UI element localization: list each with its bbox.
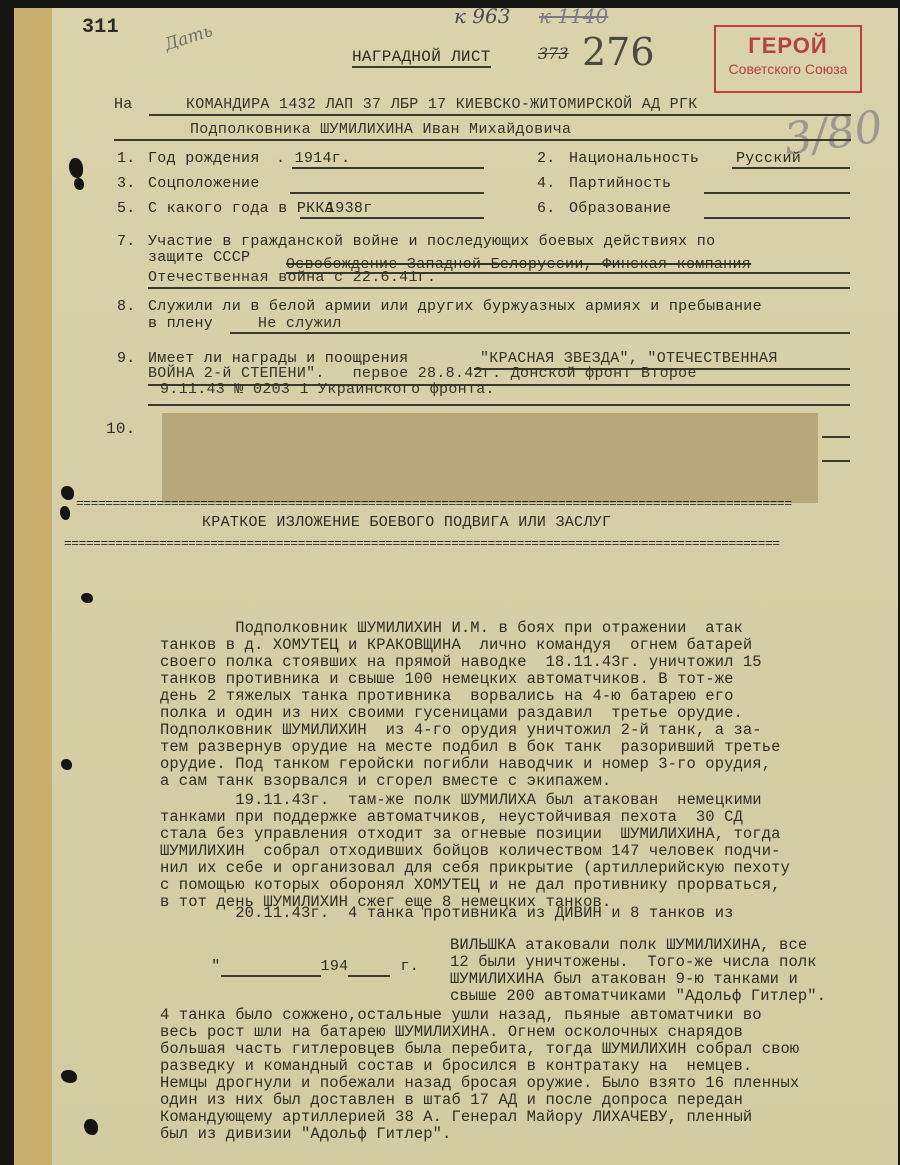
- recipient-rank-name: Подполковника ШУМИЛИХИНА Иван Михайдович…: [190, 121, 571, 138]
- field-3-num: 3.: [117, 175, 136, 192]
- underline: [732, 167, 850, 169]
- date-placeholder: " 194 г.: [174, 941, 419, 994]
- text-line: Подполковник ШУМИЛИХИН И.М. в боях при о…: [160, 619, 743, 637]
- page-title: НАГРАДНОЙ ЛИСТ: [352, 48, 491, 68]
- punch-hole: [61, 759, 72, 770]
- field-5-value: 1938г: [326, 200, 373, 217]
- recipient-position: КОМАНДИРА 1432 ЛАП 37 ЛБР 17 КИЕВСКО-ЖИТ…: [186, 96, 698, 113]
- field-6-label: Образование: [569, 200, 671, 217]
- item9-value-line3: 9.11.43 № 0203 1 Украинского фронта.: [160, 381, 495, 398]
- text-line: день 2 тяжелых танка противника ворвалис…: [160, 687, 734, 705]
- punch-hole: [69, 158, 83, 178]
- item10-num: 10.: [106, 420, 136, 438]
- narrative-p3-rest: 4 танка было сожжено,остальные ушли наза…: [160, 990, 799, 1143]
- divider-bottom: ========================================…: [64, 536, 886, 551]
- date-quote: ": [211, 958, 220, 975]
- field-2-value: Русский: [736, 150, 801, 167]
- sheet-number-crossed: 373: [538, 44, 569, 63]
- recipient-label: На: [114, 96, 133, 113]
- text-line: 12 были уничтожены. Того-же числа полк: [450, 953, 817, 971]
- text-line: разведку и командный состав и бросился в…: [160, 1057, 752, 1075]
- text-line: с помощью которых оборонял ХОМУТЕЦ и не …: [160, 876, 781, 894]
- punch-hole: [84, 1119, 98, 1135]
- text-line: был из дивизии "Адольф Гитлер".: [160, 1125, 451, 1143]
- field-1-value: . 1914г.: [276, 150, 350, 167]
- item8-label-line2: в плену: [148, 315, 213, 332]
- pencil-k-crossed: к 1140: [539, 8, 608, 28]
- text-line: весь рост шли на батарею ШУМИЛИХИНА. Огн…: [160, 1023, 743, 1041]
- punch-hole: [60, 506, 70, 520]
- text-line: один из них был доставлен в штаб 17 АД и…: [160, 1091, 743, 1109]
- underline: [148, 404, 850, 406]
- underline: [230, 332, 850, 334]
- date-year-prefix: 194: [321, 958, 349, 975]
- date-blank: [221, 958, 321, 977]
- field-2-label: Национальность: [569, 150, 699, 167]
- divider-top: ========================================…: [76, 496, 898, 511]
- text-line: Подполковник ШУМИЛИХИН из 4-го орудия ун…: [160, 721, 762, 739]
- underline: [300, 217, 484, 219]
- date-blank: [348, 958, 390, 977]
- field-4-label: Партийность: [569, 175, 671, 192]
- item8-value: Не служил: [258, 315, 342, 332]
- underline: [292, 167, 484, 169]
- text-line: ШУМИЛИХИН собрал отходивших бойцов колич…: [160, 842, 781, 860]
- text-line: тем развернув орудие на месте подбил в б…: [160, 738, 781, 756]
- text-line: танков противника и свыше 100 немецких а…: [160, 670, 734, 688]
- text-line: танков в д. ХОМУТЕЦ и КРАКОВЩИНА лично к…: [160, 636, 752, 654]
- field-6-num: 6.: [537, 200, 556, 217]
- underline: [822, 460, 850, 462]
- punch-hole: [74, 178, 84, 190]
- punch-hole: [81, 593, 93, 603]
- stamp-line2: Советского Союза: [716, 61, 860, 77]
- underline: [148, 287, 850, 289]
- stamp-line1: ГЕРОЙ: [716, 33, 860, 59]
- binding-strip: [14, 8, 53, 1165]
- text-line: Немцы дрогнули и побежали назад бросая о…: [160, 1074, 799, 1092]
- corner-number: 311: [82, 16, 119, 39]
- punch-hole: [61, 1070, 77, 1083]
- document-page: 311 Дать к 963 к 1140 НАГРАДНОЙ ЛИСТ 373…: [14, 8, 898, 1165]
- section-heading: КРАТКОЕ ИЗЛОЖЕНИЕ БОЕВОГО ПОДВИГА ИЛИ ЗА…: [202, 514, 611, 531]
- text-line: стала без управления отходит за огневые …: [160, 825, 781, 843]
- text-line: танками при поддержке автоматчиков, неус…: [160, 808, 743, 826]
- text-line: Командующему артиллерией 38 А. Генерал М…: [160, 1108, 752, 1126]
- item7-label-line1: Участие в гражданской войне и последующи…: [148, 233, 715, 250]
- text-line: нил их себе и организовал для себя прикр…: [160, 859, 790, 877]
- item8-label-line1: Служили ли в белой армии или других бурж…: [148, 298, 762, 315]
- field-1-num: 1.: [117, 150, 136, 167]
- underline: [704, 217, 850, 219]
- item7-value-line2: Отечественная война с 22.6.41г.: [148, 269, 436, 286]
- field-1-label: Год рождения: [148, 150, 260, 167]
- text-line: большая часть гитлеровцев была перебита,…: [160, 1040, 799, 1058]
- underline: [290, 192, 484, 194]
- narrative-p1: Подполковник ШУМИЛИХИН И.М. в боях при о…: [160, 603, 781, 790]
- text-line: 19.11.43г. там-же полк ШУМИЛИХА был атак…: [160, 791, 762, 809]
- item7-num: 7.: [117, 233, 136, 250]
- hero-stamp: ГЕРОЙ Советского Союза: [714, 25, 862, 93]
- punch-hole: [61, 486, 74, 500]
- item9-value-line2: ВОЙНА 2-й СТЕПЕНИ". первое 28.8.42г. Дон…: [148, 365, 697, 382]
- text-line: своего полка стоявших на прямой наводке …: [160, 653, 762, 671]
- underline: [149, 114, 851, 116]
- field-3-label: Соцположение: [148, 175, 260, 192]
- text-line: ВИЛЬШКА атаковали полк ШУМИЛИХИНА, все: [450, 936, 807, 954]
- item9-num: 9.: [117, 350, 136, 367]
- sheet-number: 276: [582, 30, 655, 74]
- underline: [114, 139, 851, 141]
- date-suffix: г.: [400, 958, 419, 975]
- underline: [822, 436, 850, 438]
- redaction-block: [162, 413, 818, 503]
- text-line: орудие. Под танком геройски погибли наво…: [160, 755, 771, 773]
- field-4-num: 4.: [537, 175, 556, 192]
- field-2-num: 2.: [537, 150, 556, 167]
- narrative-p2: 19.11.43г. там-же полк ШУМИЛИХА был атак…: [160, 775, 790, 911]
- text-line: 4 танка было сожжено,остальные ушли наза…: [160, 1006, 762, 1024]
- underline: [704, 192, 850, 194]
- pencil-k-number: к 963: [454, 8, 510, 28]
- text-line: ШУМИЛИХИНА был атакован 9-ю танками и: [450, 970, 798, 988]
- field-5-label: С какого года в РККА: [148, 200, 334, 217]
- text-line: полка и один из них своими гусеницами ра…: [160, 704, 743, 722]
- item8-num: 8.: [117, 298, 136, 315]
- item7-label-line2: защите СССР: [148, 249, 250, 266]
- field-5-num: 5.: [117, 200, 136, 217]
